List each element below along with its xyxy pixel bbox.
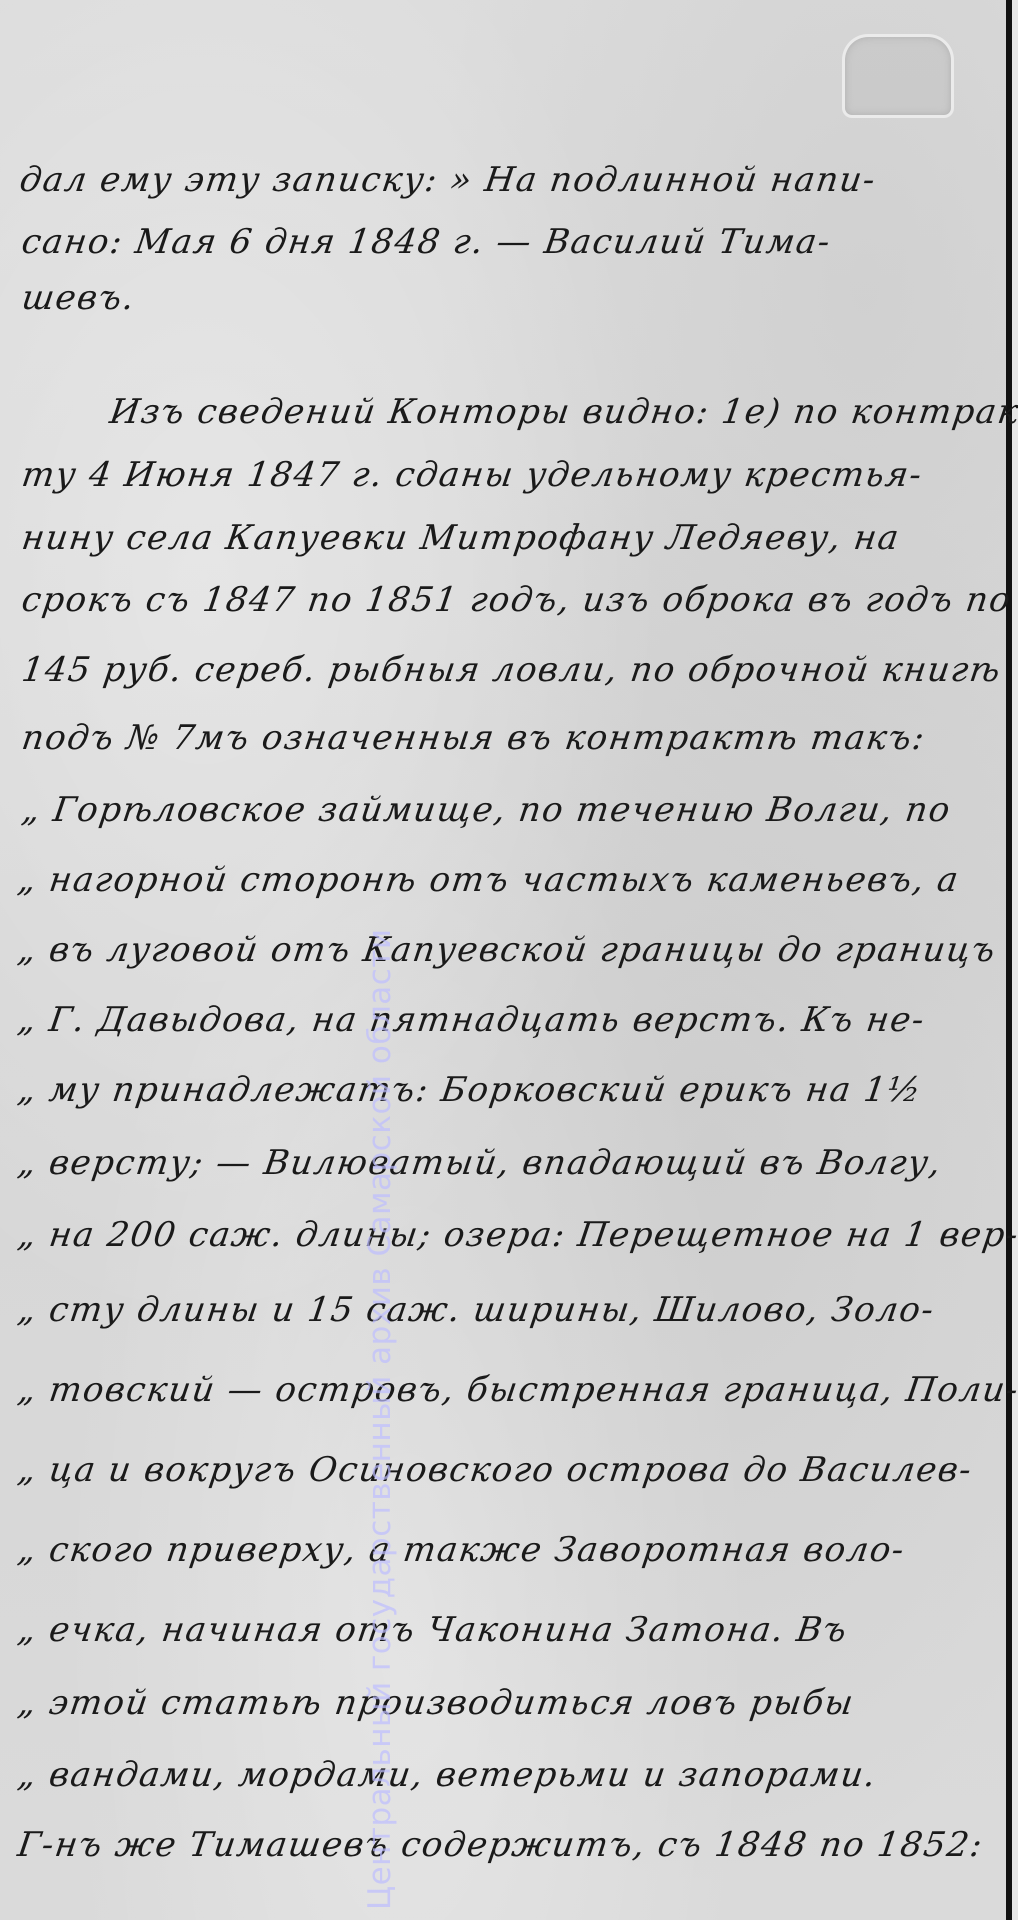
text-line: Г-нъ же Тимашевъ содержитъ, съ 1848 по 1…	[15, 1825, 986, 1865]
text-line: „ Горѣловское займище, по течению Волги,…	[19, 790, 954, 830]
text-line: нину села Капуевки Митрофану Ледяеву, на	[19, 518, 902, 558]
archive-watermark: Центральный государственный архив Самарс…	[362, 220, 398, 1910]
text-line: „ му принадлежатъ: Борковский ерикъ на 1…	[15, 1070, 924, 1110]
text-line: шевъ.	[19, 278, 138, 318]
text-line: „ товский — островъ, быстренная границa,…	[15, 1370, 1018, 1410]
text-line: 145 руб. сереб. рыбныя ловли, по оброчно…	[19, 650, 1004, 690]
page-edge	[1012, 0, 1018, 1920]
text-line: „ въ луговой отъ Капуевской границы до г…	[15, 930, 999, 970]
text-line: „ Г. Давыдова, на пятнадцать верстъ. Къ …	[15, 1000, 928, 1040]
text-line: „ ского приверху, а также Заворотная вол…	[15, 1530, 908, 1570]
text-line: „ этой статьѣ производиться ловъ рыбы	[15, 1683, 857, 1723]
text-line: „ ца и вокругъ Осиновского острова до Ва…	[15, 1450, 975, 1490]
text-line: „ нагорной сторонѣ отъ частыхъ каменьевъ…	[15, 860, 962, 900]
text-line: ту 4 Июня 1847 г. сданы удельному кресть…	[19, 455, 925, 495]
manuscript-page: дал ему эту записку: » На подлинной напи…	[0, 0, 1018, 1920]
text-line: „ вандами, мордами, ветерьми и запорами.	[15, 1755, 879, 1795]
text-line: срокъ съ 1847 по 1851 годъ, изъ оброка в…	[19, 580, 1014, 620]
text-line: дал ему эту записку: » На подлинной напи…	[17, 160, 879, 200]
text-line: подъ № 7мъ означенныя въ контрактѣ такъ:	[19, 718, 928, 758]
text-line: „ на 200 саж. длины; озера: Перещетное н…	[15, 1215, 1018, 1255]
text-line: „ ечка, начиная отъ Чаконина Затона. Въ	[15, 1610, 850, 1650]
text-line: Изъ сведений Конторы видно: 1е) по контр…	[107, 392, 1018, 432]
text-line: „ сту длины и 15 саж. ширины, Шилово, Зо…	[15, 1290, 937, 1330]
embossed-seal-icon	[842, 34, 954, 118]
text-line: „ версту; — Вилюватый, впадающий въ Волг…	[15, 1143, 944, 1183]
text-line: сано: Мая 6 дня 1848 г. — Василий Тима-	[19, 222, 834, 262]
